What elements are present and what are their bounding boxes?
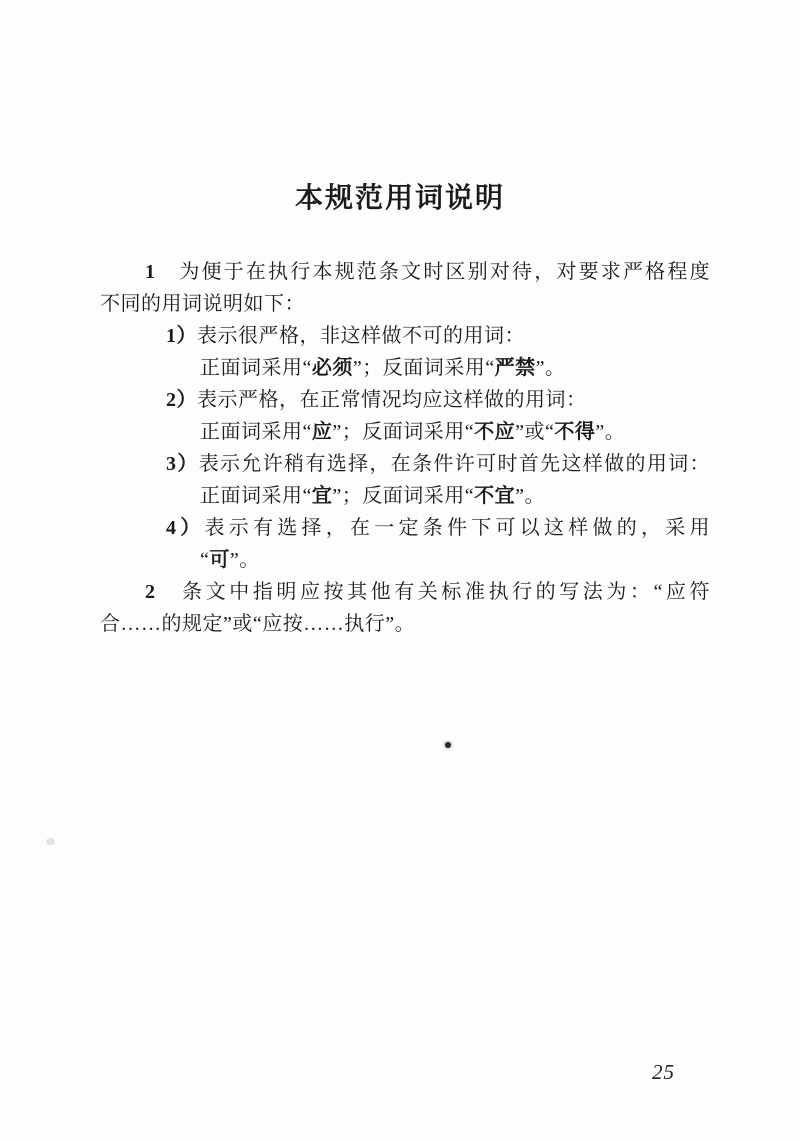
body-line: 4）表示有选择，在一定条件下可以这样做的，采用	[100, 512, 710, 544]
text-segment: ”。	[230, 549, 260, 571]
keyword-bold: 宜	[312, 485, 333, 507]
keyword-bold: 不得	[554, 421, 595, 443]
keyword-bold: 2）	[166, 389, 197, 411]
keyword-bold: 必须	[312, 357, 353, 379]
text-segment: 为便于在执行本规范条文时区别对待，对要求严格程度	[156, 261, 711, 283]
keyword-bold: 严禁	[495, 357, 536, 379]
text-segment: 表示严格，在正常情况均应这样做的用词：	[197, 389, 587, 411]
text-segment: 表示允许稍有选择，在条件许可时首先这样做的用词：	[199, 453, 710, 475]
keyword-bold: 不应	[474, 421, 515, 443]
body-line: “可”。	[100, 544, 710, 576]
text-segment: ”。	[536, 357, 566, 379]
text-segment: ”；反面词采用“	[353, 357, 495, 379]
text-segment: “	[200, 549, 209, 571]
keyword-bold: 2	[145, 581, 156, 603]
scan-speck-dark	[445, 742, 451, 748]
text-segment: ”；反面词采用“	[332, 485, 474, 507]
body-line: 合……的规定”或“应按……执行”。	[100, 608, 710, 640]
text-segment: 正面词采用“	[200, 485, 312, 507]
text-segment: 正面词采用“	[200, 357, 312, 379]
text-segment: 合……的规定”或“应按……执行”。	[100, 613, 415, 635]
scan-speck-light	[46, 838, 55, 845]
body-line: 1 为便于在执行本规范条文时区别对待，对要求严格程度	[100, 256, 710, 288]
text-segment: ”或“	[515, 421, 554, 443]
page-number: 25	[652, 1060, 675, 1085]
text-segment: 不同的用词说明如下：	[100, 293, 305, 315]
body-line: 2 条文中指明应按其他有关标准执行的写法为：“应符	[100, 576, 710, 608]
keyword-bold: 可	[209, 549, 230, 571]
body-line: 3）表示允许稍有选择，在条件许可时首先这样做的用词：	[100, 448, 710, 480]
keyword-bold: 3）	[166, 453, 199, 475]
body-line: 正面词采用“必须”；反面词采用“严禁”。	[100, 352, 710, 384]
text-segment: 条文中指明应按其他有关标准执行的写法为：“应符	[156, 581, 711, 603]
keyword-bold: 1）	[166, 325, 197, 347]
text-segment: 表示有选择，在一定条件下可以这样做的，采用	[205, 517, 711, 539]
text-segment: 表示很严格，非这样做不可的用词：	[197, 325, 525, 347]
page-title: 本规范用词说明	[0, 176, 800, 216]
text-segment: ”。	[515, 485, 545, 507]
keyword-bold: 4）	[166, 517, 205, 539]
document-body: 1 为便于在执行本规范条文时区别对待，对要求严格程度不同的用词说明如下：1）表示…	[100, 256, 710, 640]
text-segment: ”；反面词采用“	[332, 421, 474, 443]
keyword-bold: 不宜	[474, 485, 515, 507]
keyword-bold: 1	[145, 261, 156, 283]
body-line: 正面词采用“应”；反面词采用“不应”或“不得”。	[100, 416, 710, 448]
text-segment: ”。	[595, 421, 625, 443]
keyword-bold: 应	[312, 421, 333, 443]
body-line: 正面词采用“宜”；反面词采用“不宜”。	[100, 480, 710, 512]
body-line: 1）表示很严格，非这样做不可的用词：	[100, 320, 710, 352]
body-line: 2）表示严格，在正常情况均应这样做的用词：	[100, 384, 710, 416]
body-line: 不同的用词说明如下：	[100, 288, 710, 320]
text-segment: 正面词采用“	[200, 421, 312, 443]
